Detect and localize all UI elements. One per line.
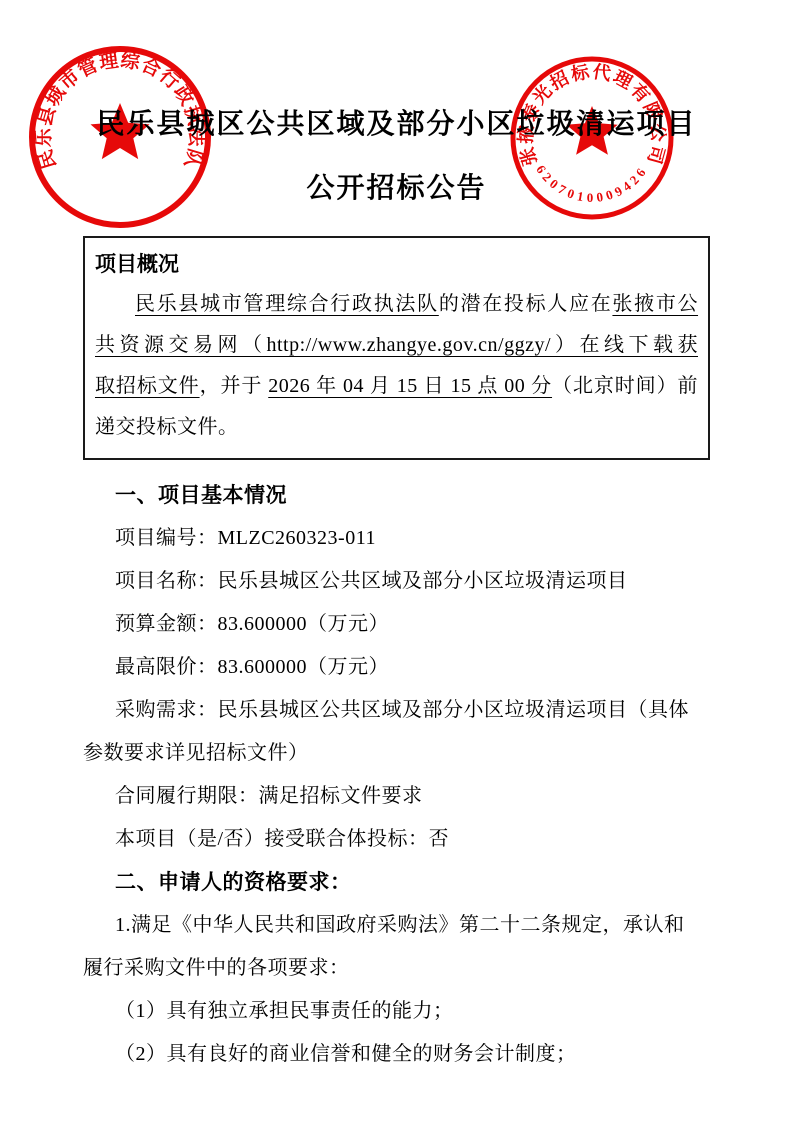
qualification-item-1: （1）具有独立承担民事责任的能力； (83, 990, 703, 1033)
document-page: 民乐县城市管理综合行政执法队 张掖泰光招标代理有限公司 620701000942… (0, 0, 793, 1122)
platform-url: 共资源交易网（http://www.zhangye.gov.cn/ggzy/）在… (95, 334, 698, 356)
overview-line: 递交投标文件。 (95, 407, 698, 448)
overview-line: 共资源交易网（http://www.zhangye.gov.cn/ggzy/）在… (95, 325, 698, 366)
overview-line: 民乐县城市管理综合行政执法队的潜在投标人应在张掖市公 (95, 284, 698, 325)
platform-name-start: 张掖市公 (612, 293, 698, 315)
budget-amount: 预算金额：83.600000（万元） (83, 603, 703, 646)
purchaser-name: 民乐县城市管理综合行政执法队 (135, 293, 439, 315)
section1-heading: 一、项目基本情况 (83, 474, 703, 517)
document-content: 民乐县城区公共区域及部分小区垃圾清运项目 公开招标公告 项目概况 民乐县城市管理… (0, 0, 793, 1122)
overview-heading: 项目概况 (95, 246, 698, 284)
overview-text: （北京时间）前 (552, 375, 698, 397)
contract-period: 合同履行期限：满足招标文件要求 (83, 775, 703, 818)
project-overview-box: 项目概况 民乐县城市管理综合行政执法队的潜在投标人应在张掖市公 共资源交易网（h… (83, 236, 710, 460)
consortium-bid: 本项目（是/否）接受联合体投标：否 (83, 818, 703, 861)
overview-line: 取招标文件，并于 2026 年 04 月 15 日 15 点 00 分（北京时间… (95, 366, 698, 407)
overview-text: 递交投标文件。 (95, 416, 239, 438)
qualification-paragraph: 1.满足《中华人民共和国政府采购法》第二十二条规定，承认和履行采购文件中的各项要… (83, 904, 703, 990)
overview-text: 的潜在投标人应在 (439, 293, 613, 315)
procurement-requirement: 采购需求：民乐县城区公共区域及部分小区垃圾清运项目（具体参数要求详见招标文件） (83, 689, 703, 775)
project-number: 项目编号：MLZC260323-011 (83, 517, 703, 560)
document-title-line2: 公开招标公告 (83, 170, 710, 206)
document-phrase: 取招标文件 (95, 375, 200, 397)
project-name: 项目名称：民乐县城区公共区域及部分小区垃圾清运项目 (83, 560, 703, 603)
document-title-line1: 民乐县城区公共区域及部分小区垃圾清运项目 (83, 106, 710, 142)
deadline-datetime: 2026 年 04 月 15 日 15 点 00 分 (268, 375, 552, 397)
document-body: 一、项目基本情况 项目编号：MLZC260323-011 项目名称：民乐县城区公… (83, 474, 710, 1076)
max-price: 最高限价：83.600000（万元） (83, 646, 703, 689)
qualification-item-2: （2）具有良好的商业信誉和健全的财务会计制度； (83, 1033, 703, 1076)
section2-heading: 二、申请人的资格要求： (83, 861, 703, 904)
overview-text: ，并于 (200, 375, 269, 397)
